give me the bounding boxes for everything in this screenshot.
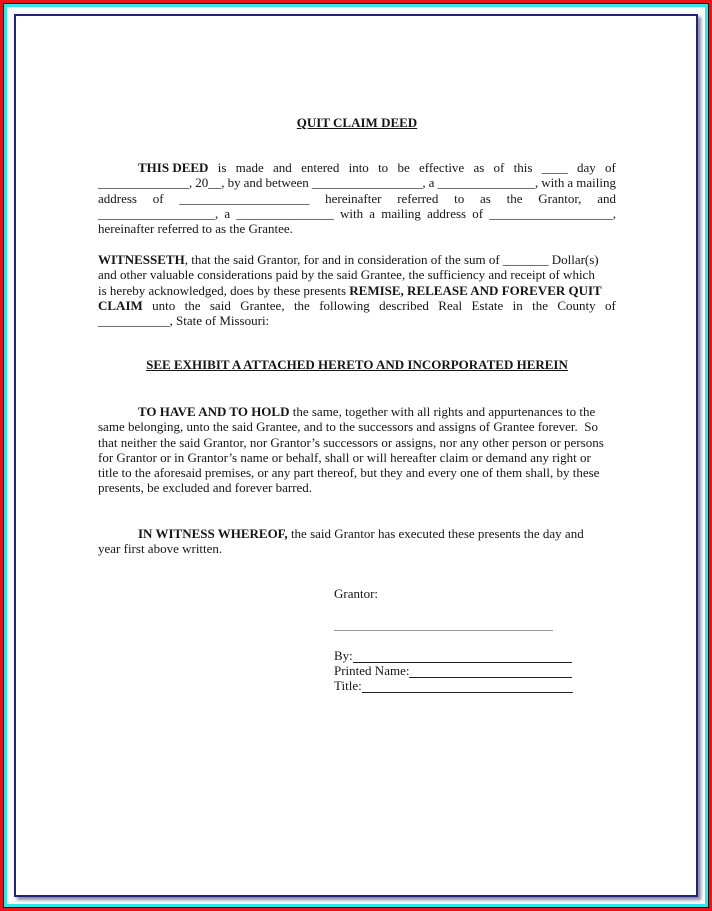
printed-name-label: Printed Name: bbox=[334, 663, 409, 678]
p1-line-2: ______________, 20__, by and between ___… bbox=[98, 175, 616, 190]
p1-line-4: __________________, a _______________ wi… bbox=[98, 206, 616, 221]
p3-lead-bold: TO HAVE AND TO HOLD bbox=[138, 404, 289, 419]
title-blank-line bbox=[362, 681, 573, 693]
p3-line-1: TO HAVE AND TO HOLD the same, together w… bbox=[98, 404, 616, 419]
p2-line-3: is hereby acknowledged, does by these pr… bbox=[98, 283, 616, 298]
p3-line-2: same belonging, unto the said Grantee, a… bbox=[98, 419, 616, 434]
grantor-signature-line bbox=[334, 630, 553, 631]
p1-line-3: address of ____________________ hereinaf… bbox=[98, 191, 616, 206]
p2-line-2: and other valuable considerations paid b… bbox=[98, 267, 616, 282]
by-row: By: bbox=[334, 648, 572, 663]
p1-lead-bold: THIS DEED bbox=[138, 160, 208, 175]
paragraph-in-witness-whereof: IN WITNESS WHEREOF, the said Grantor has… bbox=[98, 526, 616, 557]
paragraph-witnesseth: WITNESSETH, that the said Grantor, for a… bbox=[98, 252, 616, 328]
p4-line-2: year first above written. bbox=[98, 541, 616, 556]
p2-line-4: CLAIM unto the said Grantee, the followi… bbox=[98, 298, 616, 313]
document-title: QUIT CLAIM DEED bbox=[98, 115, 616, 130]
p2-line-1: WITNESSETH, that the said Grantor, for a… bbox=[98, 252, 616, 267]
printed-name-row: Printed Name: bbox=[334, 663, 572, 678]
exhibit-heading: SEE EXHIBIT A ATTACHED HERETO AND INCORP… bbox=[98, 357, 616, 372]
by-label: By: bbox=[334, 648, 353, 663]
p3-line-4: for Grantor or in Grantor’s name or beha… bbox=[98, 450, 616, 465]
p4-lead-bold: IN WITNESS WHEREOF, bbox=[138, 526, 288, 541]
p2-lead-bold: WITNESSETH bbox=[98, 252, 185, 267]
p2-line-5: ___________, State of Missouri: bbox=[98, 313, 616, 328]
title-label: Title: bbox=[334, 678, 362, 693]
p1-line-1: THIS DEED is made and entered into to be… bbox=[98, 160, 616, 175]
paragraph-this-deed: THIS DEED is made and entered into to be… bbox=[98, 160, 616, 236]
title-row: Title: bbox=[334, 678, 573, 693]
p3-line-3: that neither the said Grantor, nor Grant… bbox=[98, 435, 616, 450]
paragraph-to-have-and-to-hold: TO HAVE AND TO HOLD the same, together w… bbox=[98, 404, 616, 496]
grantor-label: Grantor: bbox=[334, 586, 378, 601]
printed-name-blank-line bbox=[409, 666, 572, 678]
document-page: QUIT CLAIM DEED THIS DEED is made and en… bbox=[14, 14, 698, 897]
p4-line-1: IN WITNESS WHEREOF, the said Grantor has… bbox=[98, 526, 616, 541]
p3-line-6: presents, be excluded and forever barred… bbox=[98, 480, 616, 495]
p3-line-5: title to the aforesaid premises, or any … bbox=[98, 465, 616, 480]
by-blank-line bbox=[353, 651, 572, 663]
p1-line-5: hereinafter referred to as the Grantee. bbox=[98, 221, 616, 236]
